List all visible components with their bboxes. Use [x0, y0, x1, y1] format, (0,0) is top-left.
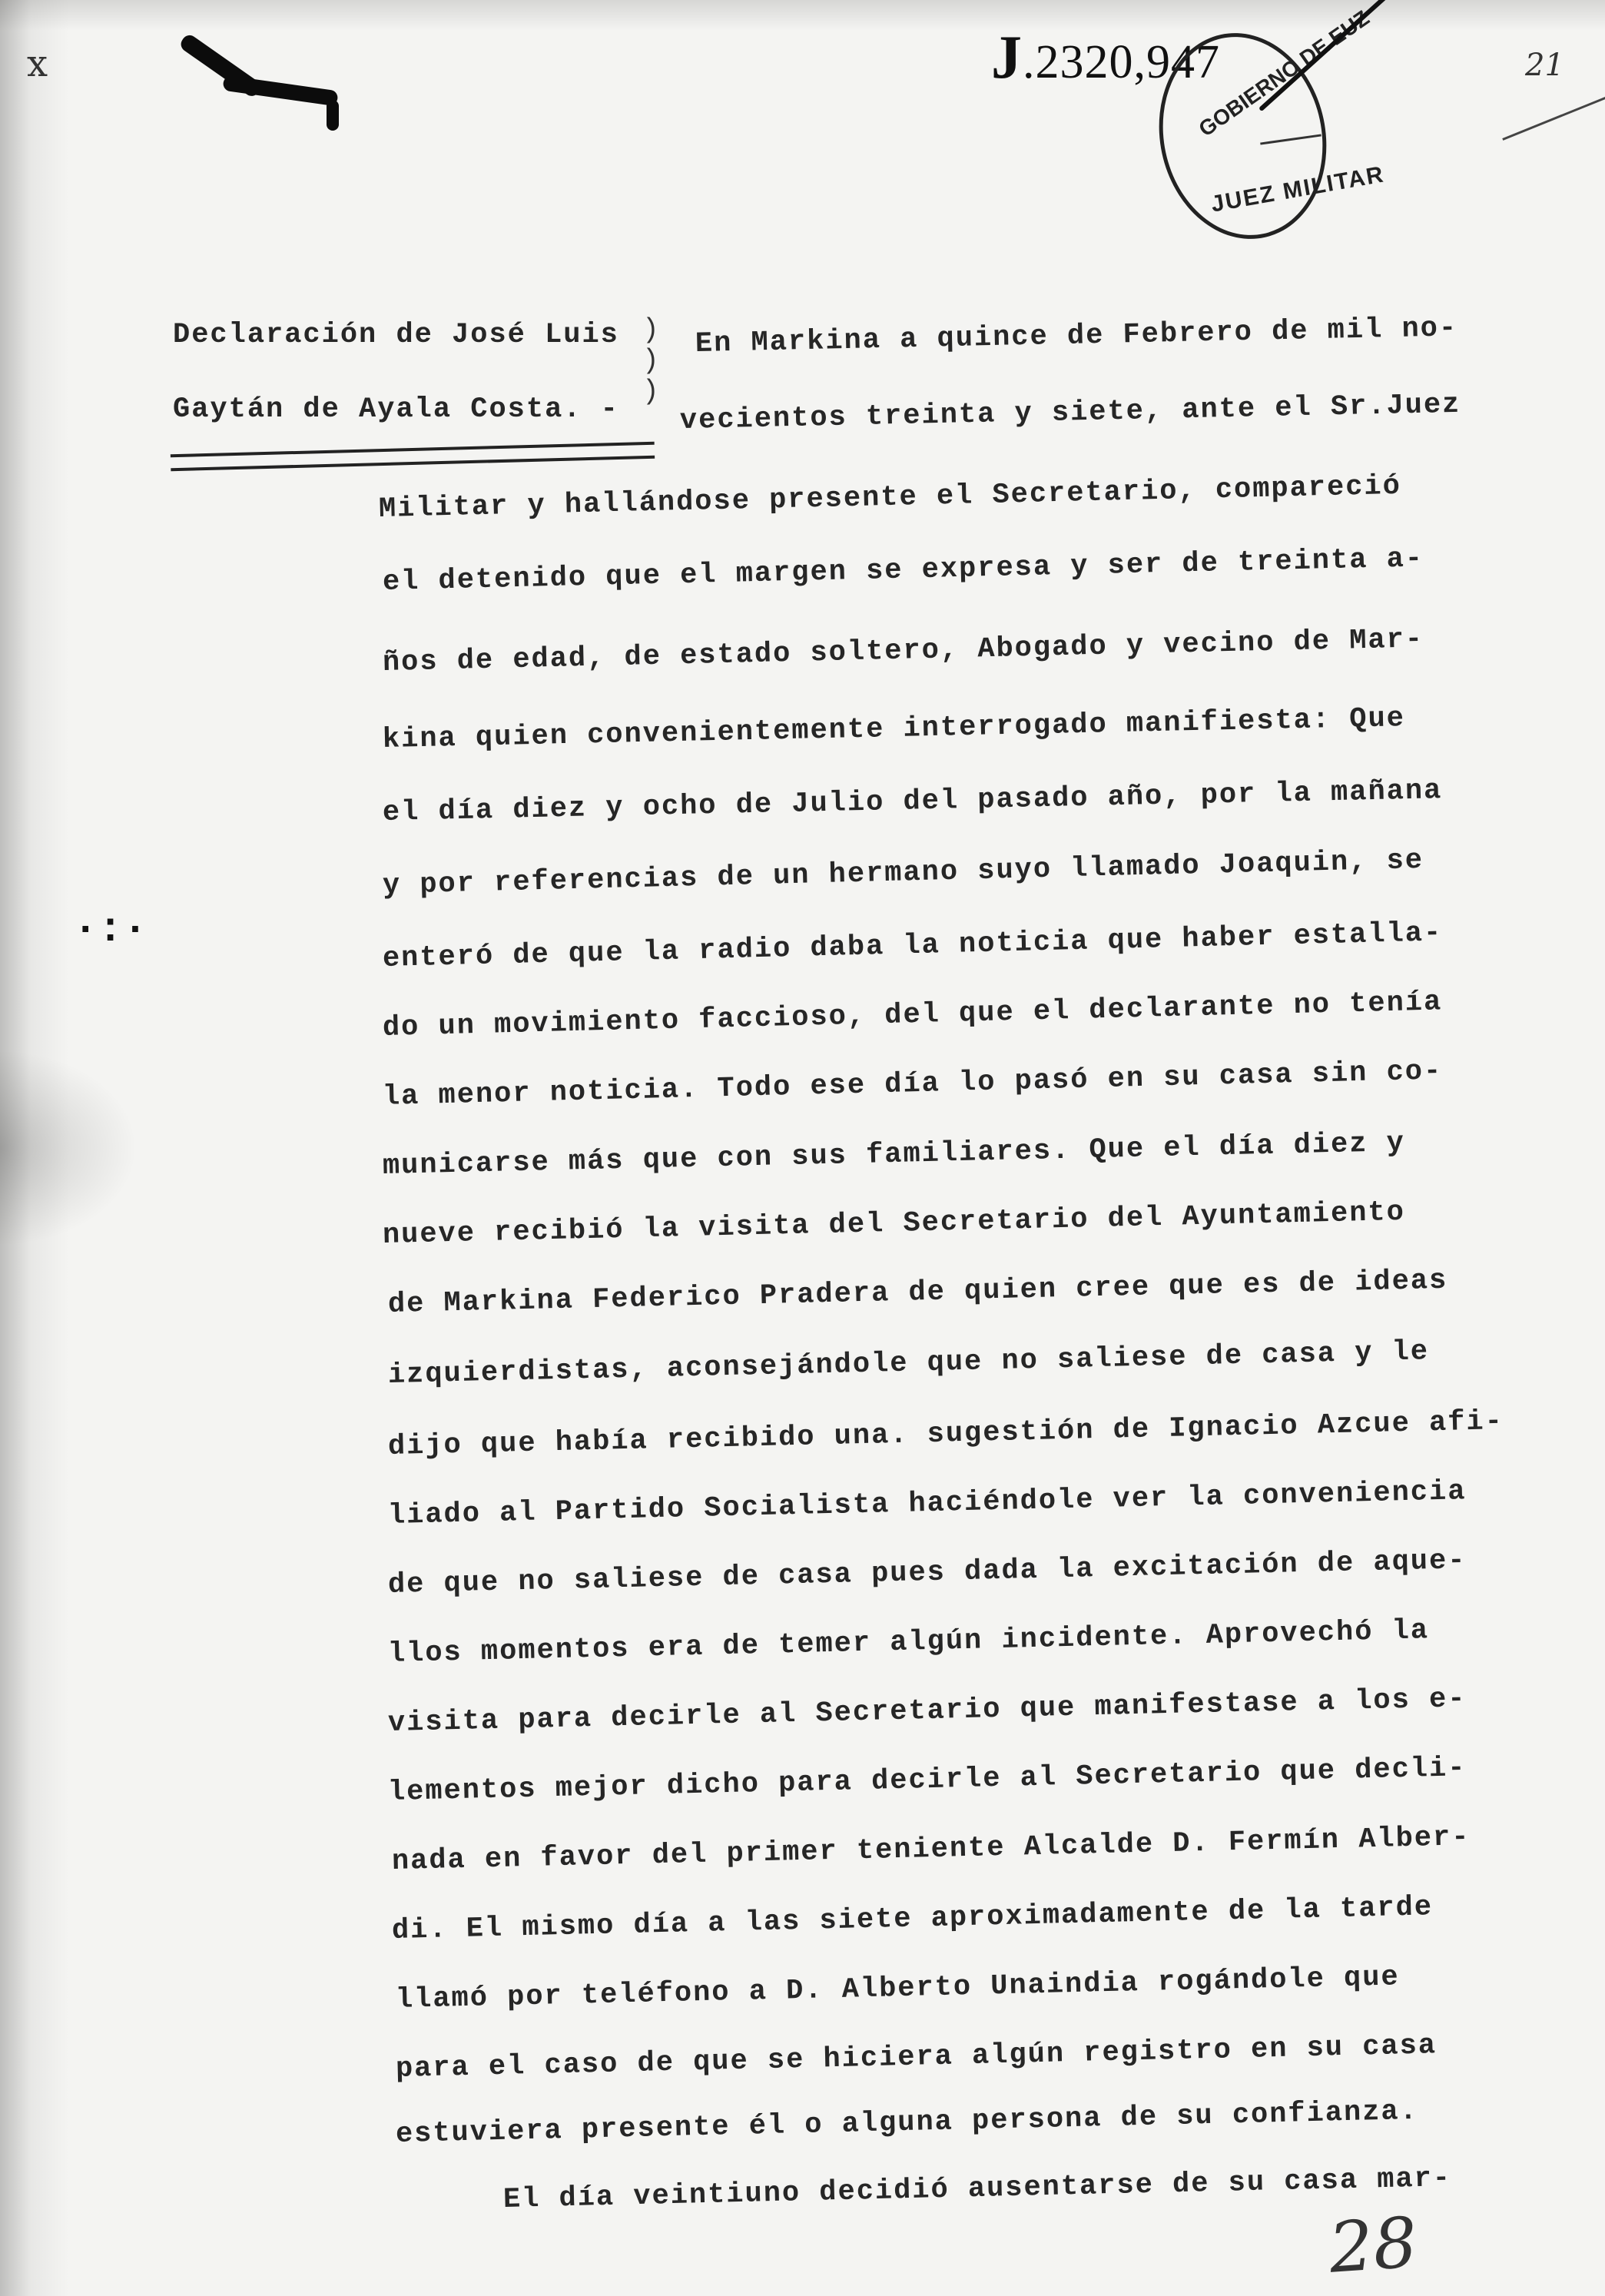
body-line: de que no saliese de casa pues dada la e… — [388, 1547, 1467, 1600]
body-line: ños de edad, de estado soltero, Abogado … — [383, 625, 1424, 678]
body-line: llos momentos era de temer algún inciden… — [388, 1617, 1430, 1669]
ink-mark-icon — [327, 100, 339, 131]
body-line: Militar y hallándose presente el Secreta… — [379, 473, 1402, 524]
body-line: estuviera presente él o alguna persona d… — [396, 2098, 1419, 2149]
body-line: municarse más que con sus familiares. Qu… — [383, 1130, 1406, 1181]
body-line: de Markina Federico Pradera de quien cre… — [388, 1267, 1448, 1319]
body-line: liado al Partido Socialista haciéndole v… — [388, 1478, 1467, 1531]
corner-mark: x — [27, 42, 48, 85]
heading-line-1: Declaración de José Luis — [173, 321, 619, 350]
body-line: lementos mejor dicho para decirle al Sec… — [388, 1754, 1467, 1807]
document-page: x J.2320,947 GOBIERNO DE EUZ JUEZ MILITA… — [0, 0, 1605, 2296]
folio-stroke — [1502, 92, 1605, 141]
body-line: enteró de que la radio daba la noticia q… — [383, 919, 1443, 974]
body-line: el detenido que el margen se expresa y s… — [383, 545, 1424, 597]
heading-line-2: Gaytán de Ayala Costa. - — [173, 396, 619, 424]
bracket-divider: ) ) ) — [642, 315, 647, 453]
body-line: nueve recibió la visita del Secretario d… — [383, 1199, 1406, 1250]
body-line: di. El mismo día a las siete aproximadam… — [392, 1893, 1434, 1946]
folio-number-bottom: 28 — [1326, 2202, 1420, 2289]
body-line: el día diez y ocho de Julio del pasado a… — [383, 777, 1443, 828]
ink-mark-icon — [222, 75, 338, 107]
body-line: para el caso de que se hiciera algún reg… — [396, 2032, 1438, 2084]
body-line: En Markina a quince de Febrero de mil no… — [695, 314, 1458, 359]
body-line: la menor noticia. Todo ese día lo pasó e… — [383, 1057, 1443, 1112]
margin-mark: ·:· — [73, 907, 148, 954]
folio-number-top: 21 — [1525, 48, 1564, 83]
body-line: kina quien convenientemente interrogado … — [383, 705, 1406, 755]
body-line: y por referencias de un hermano suyo lla… — [383, 847, 1424, 901]
reference-prefix: J — [991, 24, 1023, 91]
body-line: visita para decirle al Secretario que ma… — [388, 1685, 1467, 1738]
body-line: dijo que había recibido una. sugestión d… — [388, 1408, 1504, 1462]
body-line: izquierdistas, aconsejándole que no sali… — [388, 1338, 1430, 1390]
body-line: El día veintiuno decidió ausentarse de s… — [503, 2165, 1452, 2215]
body-line: vecientos treinta y siete, ante el Sr.Ju… — [680, 391, 1461, 436]
body-line: nada en favor del primer teniente Alcald… — [392, 1823, 1471, 1876]
body-line: llamó por teléfono a D. Alberto Unaindia… — [396, 1963, 1401, 2015]
body-line: do un movimiento faccioso, del que el de… — [383, 988, 1443, 1043]
